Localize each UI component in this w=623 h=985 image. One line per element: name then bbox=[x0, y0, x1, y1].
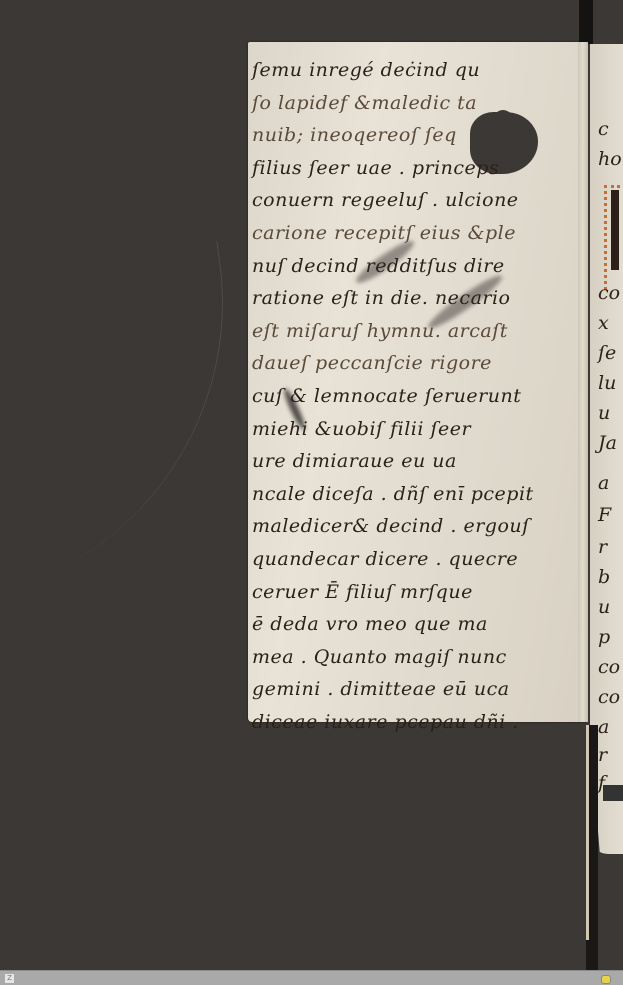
binding-strap-top bbox=[579, 0, 593, 44]
text-line: nuib; ineoqereoſ ſeq bbox=[252, 119, 582, 152]
facing-text: F bbox=[598, 504, 611, 526]
text-line: ſo lapidef &maledic ta bbox=[252, 87, 582, 120]
text-line: eſt miſaruſ hymnu. arcaſt bbox=[252, 315, 582, 348]
facing-text: a bbox=[598, 716, 609, 738]
text-line: miehi &uobiſ filii ſeer bbox=[252, 413, 582, 446]
text-line: cuſ & lemnocate ſeruerunt bbox=[252, 380, 582, 413]
facing-text: ſe bbox=[598, 342, 616, 364]
text-line: ſemu inregé deċind qu bbox=[252, 54, 582, 87]
text-line: filius ſeer uae . princeps bbox=[252, 152, 582, 185]
viewer-footer: Z bbox=[0, 970, 623, 985]
text-line: ē deda vro meo que ma bbox=[252, 608, 582, 641]
facing-text: co bbox=[598, 656, 620, 678]
text-line: ratione eſt in die. necario bbox=[252, 282, 582, 315]
facing-text: r bbox=[598, 744, 607, 766]
facing-text: u bbox=[598, 402, 610, 424]
text-line: gemini . dimitteae eū uca bbox=[252, 673, 582, 706]
text-line: nuſ decind redditſus dire bbox=[252, 250, 582, 283]
text-line: mea . Quanto magiſ nunc bbox=[252, 641, 582, 674]
facing-text: b bbox=[598, 566, 610, 588]
facing-text: Ja bbox=[598, 432, 617, 454]
facing-text: co bbox=[598, 282, 620, 304]
initial-letter-stem bbox=[611, 190, 619, 270]
facing-text: co bbox=[598, 686, 620, 708]
text-line: conuern regeeluſ . ulcione bbox=[252, 184, 582, 217]
text-line: daueſ peccanſcie rigore bbox=[252, 347, 582, 380]
facing-text: r bbox=[598, 536, 607, 558]
text-line: ceruer Ē filiuſ mrſque bbox=[252, 576, 582, 609]
facing-text: p bbox=[598, 626, 610, 648]
license-badge-icon[interactable] bbox=[601, 975, 611, 984]
manuscript-text: ſemu inregé deċind qu ſo lapidef &maledi… bbox=[252, 54, 582, 738]
facing-text: ho bbox=[598, 148, 622, 170]
facing-text: c bbox=[598, 118, 609, 140]
facing-text: lu bbox=[598, 372, 616, 394]
text-line: quandecar dicere . quecre bbox=[252, 543, 582, 576]
facing-text: u bbox=[598, 596, 610, 618]
facing-text: x bbox=[598, 312, 609, 334]
library-logo-icon[interactable]: Z bbox=[5, 974, 14, 983]
text-line: ncale diceſa . dñſ enī pcepit bbox=[252, 478, 582, 511]
facing-text: a bbox=[598, 472, 609, 494]
folio-tab bbox=[603, 785, 623, 801]
text-line: carione recepitſ eius &ple bbox=[252, 217, 582, 250]
text-line: ure dimiaraue eu ua bbox=[252, 445, 582, 478]
text-line: maledicer& decind . ergouſ bbox=[252, 510, 582, 543]
binding-thread bbox=[586, 725, 589, 940]
facing-text: f bbox=[598, 772, 605, 794]
text-line: diceae iuxare pcepau dñi . bbox=[252, 706, 582, 739]
